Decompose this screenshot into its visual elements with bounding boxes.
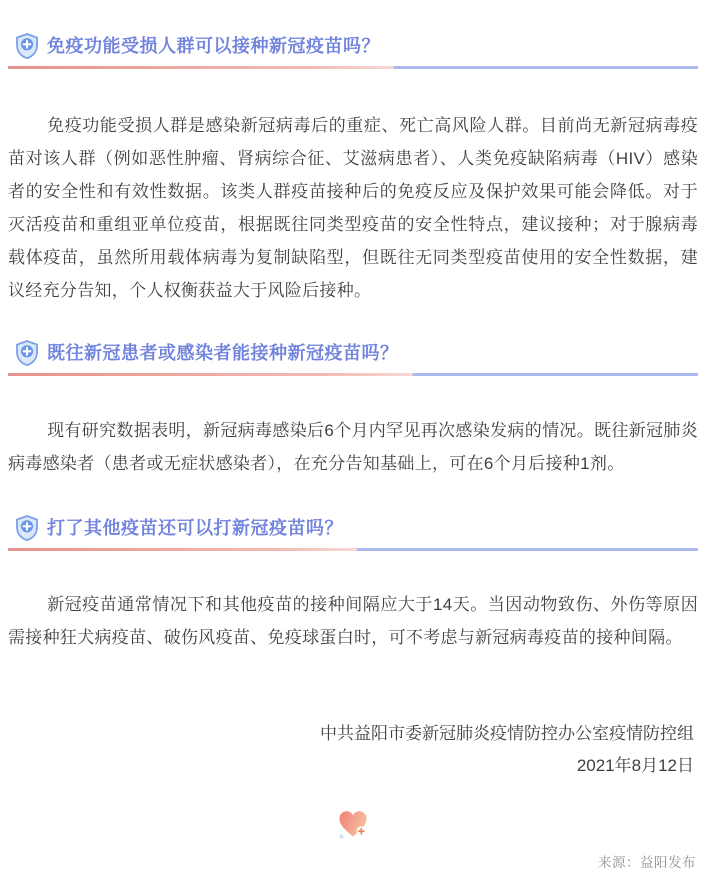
signature-organization: 中共益阳市委新冠肺炎疫情防控办公室疫情防控组 xyxy=(8,718,694,750)
section-title: 免疫功能受损人群可以接种新冠疫苗吗？ xyxy=(47,34,380,59)
section-header-3: 打了其他疫苗还可以打新冠疫苗吗？ xyxy=(8,515,698,551)
section-body: 免疫功能受损人群是感染新冠病毒后的重症、死亡高风险人群。目前尚无新冠病毒疫苗对该… xyxy=(8,109,698,307)
heart-plus-icon xyxy=(332,804,374,844)
heart-divider xyxy=(8,804,698,844)
shield-plus-icon xyxy=(15,515,39,541)
section-header-inner: 打了其他疫苗还可以打新冠疫苗吗？ xyxy=(8,515,357,541)
source-label: 来源：益阳发布 xyxy=(8,851,698,871)
section-header-2: 既往新冠患者或感染者能接种新冠疫苗吗？ xyxy=(8,340,698,376)
signature-date: 2021年8月12日 xyxy=(8,750,694,782)
shield-plus-icon xyxy=(15,33,39,59)
article-page: 免疫功能受损人群可以接种新冠疫苗吗？ 免疫功能受损人群是感染新冠病毒后的重症、死… xyxy=(0,0,711,872)
section-title: 打了其他疫苗还可以打新冠疫苗吗？ xyxy=(47,516,343,541)
signature-block: 中共益阳市委新冠肺炎疫情防控办公室疫情防控组 2021年8月12日 xyxy=(8,718,698,782)
section-title: 既往新冠患者或感染者能接种新冠疫苗吗？ xyxy=(47,341,399,366)
section-body: 新冠疫苗通常情况下和其他疫苗的接种间隔应大于14天。当因动物致伤、外伤等原因需接… xyxy=(8,588,698,654)
section-header-inner: 免疫功能受损人群可以接种新冠疫苗吗？ xyxy=(8,33,394,59)
shield-plus-icon xyxy=(15,340,39,366)
section-header-inner: 既往新冠患者或感染者能接种新冠疫苗吗？ xyxy=(8,340,413,366)
section-body: 现有研究数据表明，新冠病毒感染后6个月内罕见再次感染发病的情况。既往新冠肺炎病毒… xyxy=(8,414,698,480)
section-header-1: 免疫功能受损人群可以接种新冠疫苗吗？ xyxy=(8,33,698,69)
